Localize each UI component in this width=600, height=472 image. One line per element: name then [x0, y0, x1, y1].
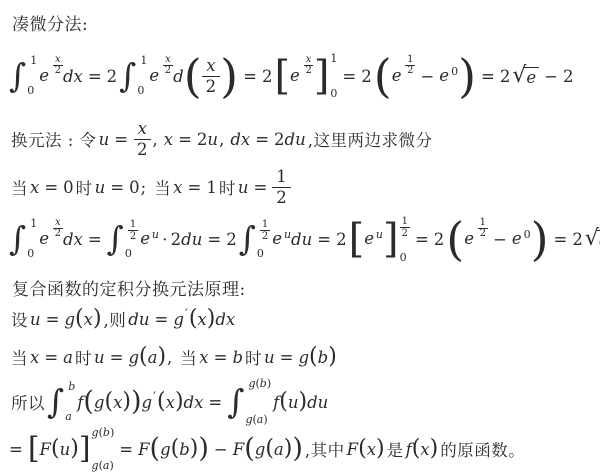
power-e-one-half: e12	[464, 229, 488, 249]
exponent: u	[152, 229, 159, 240]
numerator: 1	[400, 216, 410, 228]
fraction: 12	[128, 219, 138, 242]
differential: dx	[215, 310, 235, 329]
g-of-x: g(x)	[64, 310, 101, 329]
paren-open: (	[150, 438, 161, 460]
integral-sign: ∫	[9, 61, 26, 91]
upper-limit: 1	[30, 55, 37, 66]
paren-open: (	[157, 393, 166, 411]
bracket-close: ]	[79, 437, 91, 461]
var: e	[149, 66, 159, 85]
equals-sign: =	[119, 440, 133, 459]
var: x	[420, 440, 429, 459]
cn-text: 时	[245, 345, 262, 369]
integral: ∫120	[239, 218, 271, 260]
var: e	[464, 229, 474, 248]
evaluated-bracket: [ex2]10	[274, 53, 337, 99]
differential: du	[307, 393, 328, 412]
denominator: 2	[128, 231, 138, 242]
cn-text: 所以	[11, 390, 45, 414]
power-e-zero: e0	[512, 229, 531, 249]
equals-sign: =	[554, 230, 568, 249]
evaluated-bracket: [eu]120	[349, 215, 410, 263]
var: x	[367, 440, 376, 459]
integral: ∫ba	[47, 381, 75, 423]
exponent: x2	[163, 53, 173, 77]
var: e	[272, 229, 282, 248]
exponent: x2	[53, 53, 63, 77]
paren-open: (	[75, 310, 84, 328]
denominator: 2	[405, 66, 415, 77]
fraction: x2	[163, 55, 173, 77]
lower-limit: 0	[125, 248, 132, 259]
var: x	[173, 178, 182, 197]
denominator: 2	[133, 140, 152, 160]
prime-mark: ′	[185, 307, 188, 322]
equals-sign: =	[110, 348, 124, 367]
F-of-g-of-b: F(g(b))	[138, 438, 209, 460]
exponent: 0	[451, 66, 458, 77]
F-of-x: F(x)	[347, 440, 385, 459]
g-prime-of-x: g′(x)	[142, 393, 184, 412]
paren-close: )	[220, 58, 238, 95]
integral-limits: 120	[125, 218, 138, 260]
num: 2	[336, 230, 347, 249]
power-e-x-half: ex2	[149, 66, 173, 86]
heading-cou-method: 凑微分法:	[10, 10, 596, 35]
paren-open: (	[83, 391, 94, 413]
bracket-close: ]	[383, 223, 399, 255]
var: u	[288, 393, 299, 412]
sqrt-e: √e	[585, 228, 600, 250]
cn-text: 是	[387, 437, 404, 461]
var: x	[197, 310, 206, 329]
semicolon: ;	[141, 178, 147, 197]
evaluated-bracket: [F(u)]g(b)g(a)	[28, 427, 114, 471]
exponent: x2	[303, 53, 313, 77]
var: g	[173, 310, 184, 329]
f-of-u: f(u)	[273, 393, 307, 412]
var: u	[95, 178, 106, 197]
lower-limit: g(a)	[92, 460, 115, 471]
var: e	[39, 229, 49, 248]
paren-open: (	[171, 440, 180, 458]
var: u	[238, 178, 249, 197]
paren-close: )	[298, 393, 307, 411]
var: e	[290, 66, 300, 85]
integral-sign: ∫	[47, 387, 64, 417]
comma: ,	[167, 348, 172, 367]
cn-text: 当	[180, 345, 197, 369]
lower-limit: g(a)	[245, 414, 267, 425]
var: F	[138, 440, 149, 459]
differential: du	[181, 230, 202, 249]
upper-limit: 1	[140, 55, 147, 66]
integral-sign: ∫	[227, 387, 244, 417]
equals-sign: =	[342, 67, 356, 86]
line-let-u: 设u=g(x),则du=g′(x)dx	[9, 304, 596, 334]
var: x	[164, 130, 173, 149]
exponent: 0	[524, 229, 531, 240]
paren-close: )	[430, 440, 439, 458]
lower-limit: 0	[330, 88, 337, 99]
fraction: 12	[260, 219, 270, 242]
cn-text: 当	[154, 175, 171, 199]
var: u	[264, 348, 275, 367]
equals-sign: =	[280, 348, 294, 367]
equals-sign: =	[178, 130, 192, 149]
paren-open: (	[309, 348, 318, 366]
eval-limits: 120	[400, 215, 410, 263]
minus-sign: −	[420, 67, 434, 86]
differential: dx	[63, 230, 83, 249]
num: 2	[361, 67, 372, 86]
paren-open: (	[139, 348, 148, 366]
equals-sign: =	[415, 230, 429, 249]
paren-close: )	[328, 348, 337, 366]
prime-mark: ′	[153, 390, 156, 405]
paren-close: )	[175, 393, 184, 411]
integral-sign: ∫	[107, 224, 124, 254]
minus-sign: −	[493, 230, 507, 249]
equals-sign: =	[114, 130, 128, 149]
denominator: 2	[400, 228, 410, 239]
numerator: 1	[260, 219, 270, 231]
paren-close: )	[263, 413, 267, 426]
paren-close: )	[110, 426, 114, 439]
cn-text: 时	[75, 345, 92, 369]
upper-limit: b	[68, 381, 75, 392]
equals-sign: =	[110, 178, 124, 197]
paren-close: )	[122, 393, 131, 411]
var: u	[60, 440, 71, 459]
paren-close: )	[267, 377, 271, 390]
paren-close: )	[284, 440, 293, 458]
integral-limits: 10	[27, 218, 37, 260]
equals-sign: =	[46, 310, 60, 329]
upper-limit: 12	[260, 218, 270, 242]
var: b	[232, 348, 243, 367]
num: 2	[500, 67, 511, 86]
f-of-x: f(x)	[406, 440, 439, 459]
cn-text: 设	[11, 307, 28, 331]
equals-sign: =	[187, 178, 201, 197]
differential: dx	[230, 130, 250, 149]
lower-limit: 0	[400, 252, 410, 263]
f-of-g-of-x: f(g(x))	[77, 391, 141, 413]
var: x	[199, 348, 208, 367]
numerator: 1	[128, 219, 138, 231]
fraction: 12	[405, 55, 415, 77]
upper-limit: 1	[30, 218, 37, 229]
integral-limits: 10	[27, 55, 37, 97]
var: u	[94, 348, 105, 367]
differential: du	[291, 230, 312, 249]
denominator: 2	[53, 229, 63, 240]
cn-text: 时	[219, 175, 236, 199]
var: b	[179, 440, 190, 459]
equals-sign: =	[208, 393, 222, 412]
equals-sign: =	[481, 67, 495, 86]
integral-limits: 120	[257, 218, 270, 260]
g-prime-of-x: g′(x)	[173, 310, 215, 329]
var: g	[255, 440, 266, 459]
var: e	[392, 66, 402, 85]
differential: dx	[63, 67, 83, 86]
equals-sign: =	[253, 178, 267, 197]
var: u	[99, 130, 110, 149]
integral-limits: ba	[65, 381, 75, 423]
var: g	[92, 426, 99, 439]
g-of-a: g(a)	[128, 348, 166, 367]
paren-open: (	[446, 221, 464, 258]
upper-limit: g(b)	[92, 427, 115, 438]
equals-sign: =	[214, 348, 228, 367]
upper-limit: 12	[128, 218, 138, 242]
minus-sign: −	[544, 67, 558, 86]
cn-text: 凑微分法:	[12, 10, 88, 35]
cn-text: 当	[11, 175, 28, 199]
lower-limit: 0	[257, 248, 264, 259]
fraction-x-over-2: x2	[133, 119, 152, 160]
var: g	[298, 348, 309, 367]
paren-close: )	[292, 438, 303, 460]
heading-principle: 复合函数的定积分换元法原理:	[10, 275, 596, 300]
paren-close: )	[376, 440, 385, 458]
fraction: x2	[303, 55, 313, 77]
paren-open: (	[279, 393, 288, 411]
sqrt-e: √e	[512, 65, 539, 87]
lower-limit: 0	[27, 85, 34, 96]
var: a	[274, 440, 284, 459]
cn-text: ,其中	[305, 437, 345, 461]
fraction-x-over-2: x2	[202, 56, 221, 97]
num: 0	[129, 178, 140, 197]
exponent: 12	[478, 216, 488, 240]
denominator: 2	[303, 66, 313, 77]
num: 2	[171, 230, 182, 249]
integral: ∫10	[9, 218, 37, 260]
fraction: 12	[478, 218, 488, 240]
paren-open: (	[358, 440, 367, 458]
paren-close: )	[70, 440, 79, 458]
paren-close: )	[157, 348, 166, 366]
denominator: 2	[272, 188, 291, 208]
differential: du	[285, 130, 306, 149]
paren-close: )	[458, 58, 476, 95]
var: b	[260, 377, 267, 390]
denominator: 2	[202, 77, 221, 97]
paren-open: (	[265, 440, 274, 458]
var: F	[40, 440, 51, 459]
integral-limits: 10	[137, 55, 147, 97]
exponent: 12	[405, 53, 415, 77]
equals-sign: =	[88, 67, 102, 86]
F-of-u: F(u)	[40, 440, 79, 459]
power-e-x-half: ex2	[290, 66, 314, 86]
power-e-zero: e0	[439, 66, 458, 86]
var: e	[39, 66, 49, 85]
var: x	[30, 348, 39, 367]
comma: ,	[153, 130, 158, 149]
F-of-g-of-a: F(g(a))	[233, 438, 303, 460]
minus-sign: −	[214, 440, 228, 459]
power-e-x-half: ex2	[39, 66, 63, 86]
equals-sign: =	[88, 230, 102, 249]
var: g	[128, 348, 139, 367]
var: x	[113, 393, 122, 412]
power-e-u: eu	[140, 229, 159, 249]
integral: ∫10	[119, 55, 147, 97]
var: b	[318, 348, 329, 367]
integral-sign: ∫	[239, 224, 256, 254]
paren-close: )	[207, 310, 216, 328]
paren-close: )	[531, 221, 549, 258]
differential: du	[128, 310, 149, 329]
exponent: u	[376, 229, 383, 240]
line-bounds-ab: 当x=a时u=g(a),当x=b时u=g(b)	[9, 340, 596, 374]
cn-text: 换元法 : 令	[11, 127, 97, 151]
var: x	[166, 393, 175, 412]
numerator: x	[202, 56, 219, 77]
integral: ∫g(b)g(a)	[227, 378, 271, 426]
var: g	[142, 393, 153, 412]
integral: ∫10	[9, 55, 37, 97]
var: F	[347, 440, 358, 459]
equals-sign: =	[9, 440, 23, 459]
paren-open: (	[104, 393, 113, 411]
paren-open: (	[244, 438, 255, 460]
formula-substitution-rule: 所以∫baf(g(x))g′(x)dx=∫g(b)g(a)f(u)du	[9, 378, 596, 426]
bracket-close: ]	[314, 60, 330, 92]
paren-open: (	[184, 58, 202, 95]
paren-close: )	[190, 440, 199, 458]
equals-sign: =	[243, 67, 257, 86]
num: 2	[434, 230, 445, 249]
math-document: 凑微分法: ∫10ex2dx=2∫10ex2d(x2)=2[ex2]10=2(e…	[0, 0, 600, 472]
line-bounds-01: 当x=0时u=0;当x=1时u=12	[9, 165, 596, 209]
lower-limit: a	[65, 411, 72, 422]
equals-sign: =	[44, 178, 58, 197]
integral-sign: ∫	[119, 61, 136, 91]
numerator: 1	[272, 167, 291, 188]
equals-sign: =	[317, 230, 331, 249]
bracket-open: [	[274, 60, 290, 92]
denominator: 2	[163, 66, 173, 77]
upper-limit: g(b)	[248, 378, 271, 389]
cn-text: 复合函数的定积分换元法原理:	[12, 275, 246, 300]
equals-sign: =	[44, 348, 58, 367]
equals-sign: =	[154, 310, 168, 329]
denominator: 2	[53, 66, 63, 77]
num: 1	[206, 178, 217, 197]
paren-open: (	[374, 58, 392, 95]
var: e	[364, 229, 374, 248]
comma: ,	[219, 130, 224, 149]
paren-close: )	[198, 438, 209, 460]
power-e-u: eu	[364, 229, 383, 249]
num: 0	[63, 178, 74, 197]
formula-substitution-integral: ∫10ex2dx=∫120eu⋅2du=2∫120eudu=2[eu]120=2…	[9, 209, 596, 269]
cn-text: 的原函数。	[440, 437, 525, 461]
var: x	[30, 178, 39, 197]
formula-cou-integral: ∫10ex2dx=2∫10ex2d(x2)=2[ex2]10=2(e12−e0)…	[9, 45, 596, 107]
equals-sign: =	[207, 230, 221, 249]
fraction: 12	[400, 216, 410, 239]
numerator: x	[134, 119, 151, 140]
power-e-u: eu	[272, 229, 291, 249]
g-of-b: g(b)	[298, 348, 336, 367]
var: x	[84, 310, 93, 329]
integral-limits: g(b)g(a)	[245, 378, 271, 426]
denominator: 2	[260, 231, 270, 242]
differential: d	[173, 67, 184, 86]
num: 2	[563, 67, 574, 86]
fraction: x2	[53, 55, 63, 77]
cn-text: 当	[11, 345, 28, 369]
bracket-open: [	[28, 437, 40, 461]
exponent: x2	[53, 216, 63, 240]
var: F	[233, 440, 244, 459]
equals-sign: =	[255, 130, 269, 149]
var: u	[207, 130, 218, 149]
paren-open: (	[51, 440, 60, 458]
var: g	[64, 310, 75, 329]
lower-limit: 0	[27, 248, 34, 259]
num: 2	[572, 230, 583, 249]
var: g	[92, 459, 99, 472]
var: e	[140, 229, 150, 248]
bracket-open: [	[349, 223, 365, 255]
line-substitution-def: 换元法 : 令u=x2,x=2u,dx=2du,这里两边求微分	[9, 115, 596, 163]
fraction: x2	[53, 218, 63, 240]
cn-text: ,则	[104, 307, 127, 331]
paren-close: )	[131, 391, 142, 413]
multiply-dot: ⋅	[162, 230, 168, 249]
power-e-x-half: ex2	[39, 229, 63, 249]
num: 2	[226, 230, 237, 249]
paren-open: (	[189, 310, 198, 328]
integral-sign: ∫	[9, 224, 26, 254]
var: u	[30, 310, 41, 329]
upper-limit: 12	[400, 215, 410, 239]
var: a	[63, 348, 73, 367]
num: 2	[274, 130, 285, 149]
paren-close: )	[109, 459, 113, 472]
num: 2	[107, 67, 118, 86]
differential: dx	[184, 393, 204, 412]
eval-limits: 10	[330, 53, 337, 99]
var: g	[94, 393, 105, 412]
exponent: u	[284, 229, 291, 240]
lower-limit: 0	[137, 85, 144, 96]
formula-newton-leibniz: =[F(u)]g(b)g(a)=F(g(b))−F(g(a)),其中F(x)是f…	[9, 426, 596, 472]
eval-limits: g(b)g(a)	[92, 427, 115, 471]
num: 2	[197, 130, 208, 149]
upper-limit: 1	[330, 53, 337, 64]
paren-close: )	[93, 310, 102, 328]
cn-text: 时	[76, 175, 93, 199]
num: 2	[262, 67, 273, 86]
cn-text: ,这里两边求微分	[308, 127, 433, 151]
var: a	[148, 348, 158, 367]
var: e	[512, 229, 522, 248]
power-e-one-half: e12	[392, 66, 416, 86]
denominator: 2	[478, 229, 488, 240]
sqrt-arg: e	[524, 67, 539, 87]
var: e	[439, 66, 449, 85]
var: b	[103, 426, 110, 439]
